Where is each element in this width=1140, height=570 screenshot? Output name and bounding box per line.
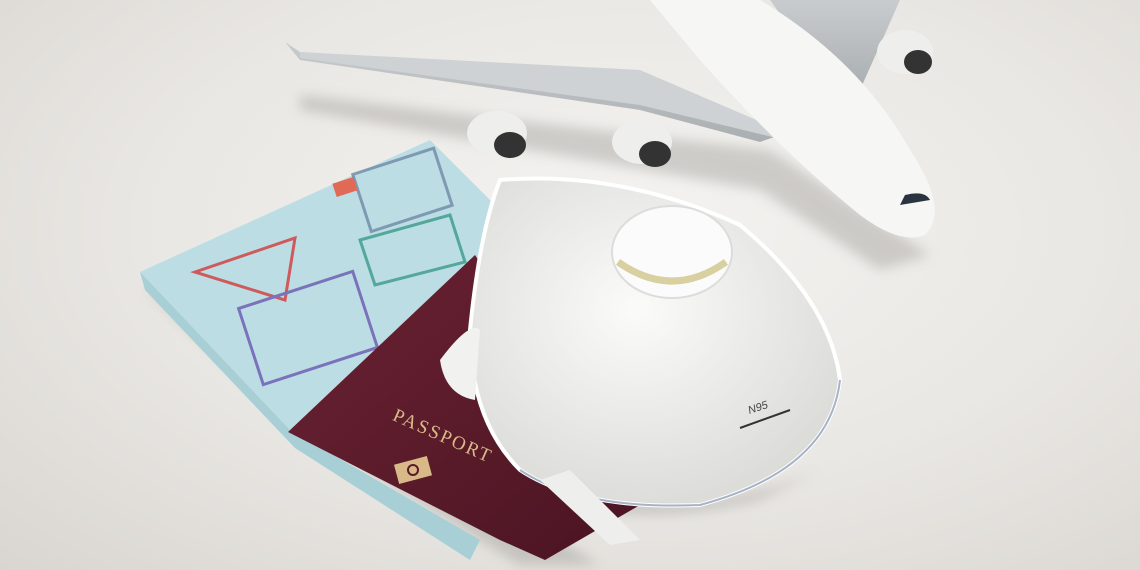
- scene-illustration: [0, 0, 1140, 570]
- photo-scene: PASSPORT N95: [0, 0, 1140, 570]
